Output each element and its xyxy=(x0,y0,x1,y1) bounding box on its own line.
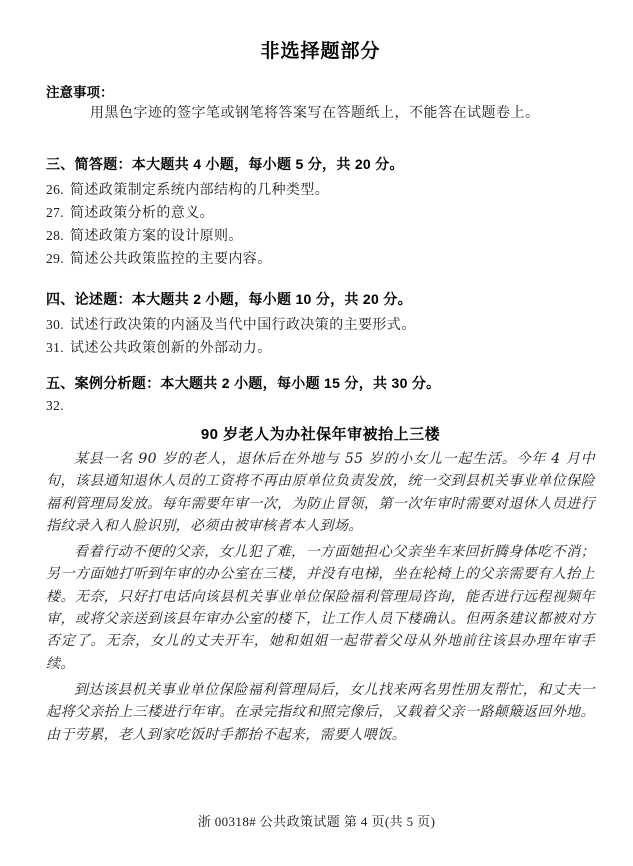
question-30: 30. 试述行政决策的内涵及当代中国行政决策的主要形式。 xyxy=(46,314,595,337)
question-text: 简述政策分析的意义。 xyxy=(70,202,595,222)
question-list-short-answer: 26. 简述政策制定系统内部结构的几种类型。 27. 简述政策分析的意义。 28… xyxy=(46,179,595,271)
question-28: 28. 简述政策方案的设计原则。 xyxy=(46,225,595,248)
question-text: 试述公共政策创新的外部动力。 xyxy=(70,337,595,357)
question-number: 26. xyxy=(46,182,70,198)
question-number: 30. xyxy=(46,317,70,333)
case-paragraph-1: 某县一名 90 岁的老人，退休后在外地与 55 岁的小女儿一起生活。今年 4 月… xyxy=(46,448,595,537)
question-text: 简述公共政策监控的主要内容。 xyxy=(70,248,595,268)
case-paragraph-2: 看着行动不便的父亲，女儿犯了难，一方面她担心父亲坐车来回折腾身体吃不消；另一方面… xyxy=(46,541,595,675)
section-heading-short-answer: 三、简答题：本大题共 4 小题，每小题 5 分，共 20 分。 xyxy=(46,154,595,174)
section-heading-essay: 四、论述题：本大题共 2 小题，每小题 10 分，共 20 分。 xyxy=(46,289,595,309)
question-number: 29. xyxy=(46,251,70,267)
case-title: 90 岁老人为办社保年审被抬上三楼 xyxy=(46,425,595,445)
question-number: 31. xyxy=(46,340,70,356)
question-26: 26. 简述政策制定系统内部结构的几种类型。 xyxy=(46,179,595,202)
question-text: 简述政策方案的设计原则。 xyxy=(70,225,595,245)
page-title: 非选择题部分 xyxy=(46,0,595,64)
page-content: 非选择题部分 注意事项： 用黑色字迹的签字笔或钢笔将答案写在答题纸上，不能答在试… xyxy=(0,0,633,746)
question-list-case-analysis: 32. xyxy=(46,398,595,421)
question-text: 简述政策制定系统内部结构的几种类型。 xyxy=(70,179,595,199)
question-text: 试述行政决策的内涵及当代中国行政决策的主要形式。 xyxy=(70,314,595,334)
question-31: 31. 试述公共政策创新的外部动力。 xyxy=(46,337,595,360)
question-number: 27. xyxy=(46,205,70,221)
exam-paper-page: 非选择题部分 注意事项： 用黑色字迹的签字笔或钢笔将答案写在答题纸上，不能答在试… xyxy=(0,0,633,866)
question-27: 27. 简述政策分析的意义。 xyxy=(46,202,595,225)
question-list-essay: 30. 试述行政决策的内涵及当代中国行政决策的主要形式。 31. 试述公共政策创… xyxy=(46,314,595,360)
question-32: 32. xyxy=(46,398,595,421)
page-footer: 浙 00318# 公共政策试题 第 4 页(共 5 页) xyxy=(0,813,633,831)
notice-text: 用黑色字迹的签字笔或钢笔将答案写在答题纸上，不能答在试题卷上。 xyxy=(46,104,595,123)
question-number: 28. xyxy=(46,228,70,244)
question-number: 32. xyxy=(46,398,70,414)
section-heading-case-analysis: 五、案例分析题：本大题共 2 小题，每小题 15 分，共 30 分。 xyxy=(46,373,595,393)
question-29: 29. 简述公共政策监控的主要内容。 xyxy=(46,248,595,271)
case-paragraph-3: 到达该县机关事业单位保险福利管理局后，女儿找来两名男性朋友帮忙，和丈夫一起将父亲… xyxy=(46,679,595,746)
notice-label: 注意事项： xyxy=(46,83,595,102)
